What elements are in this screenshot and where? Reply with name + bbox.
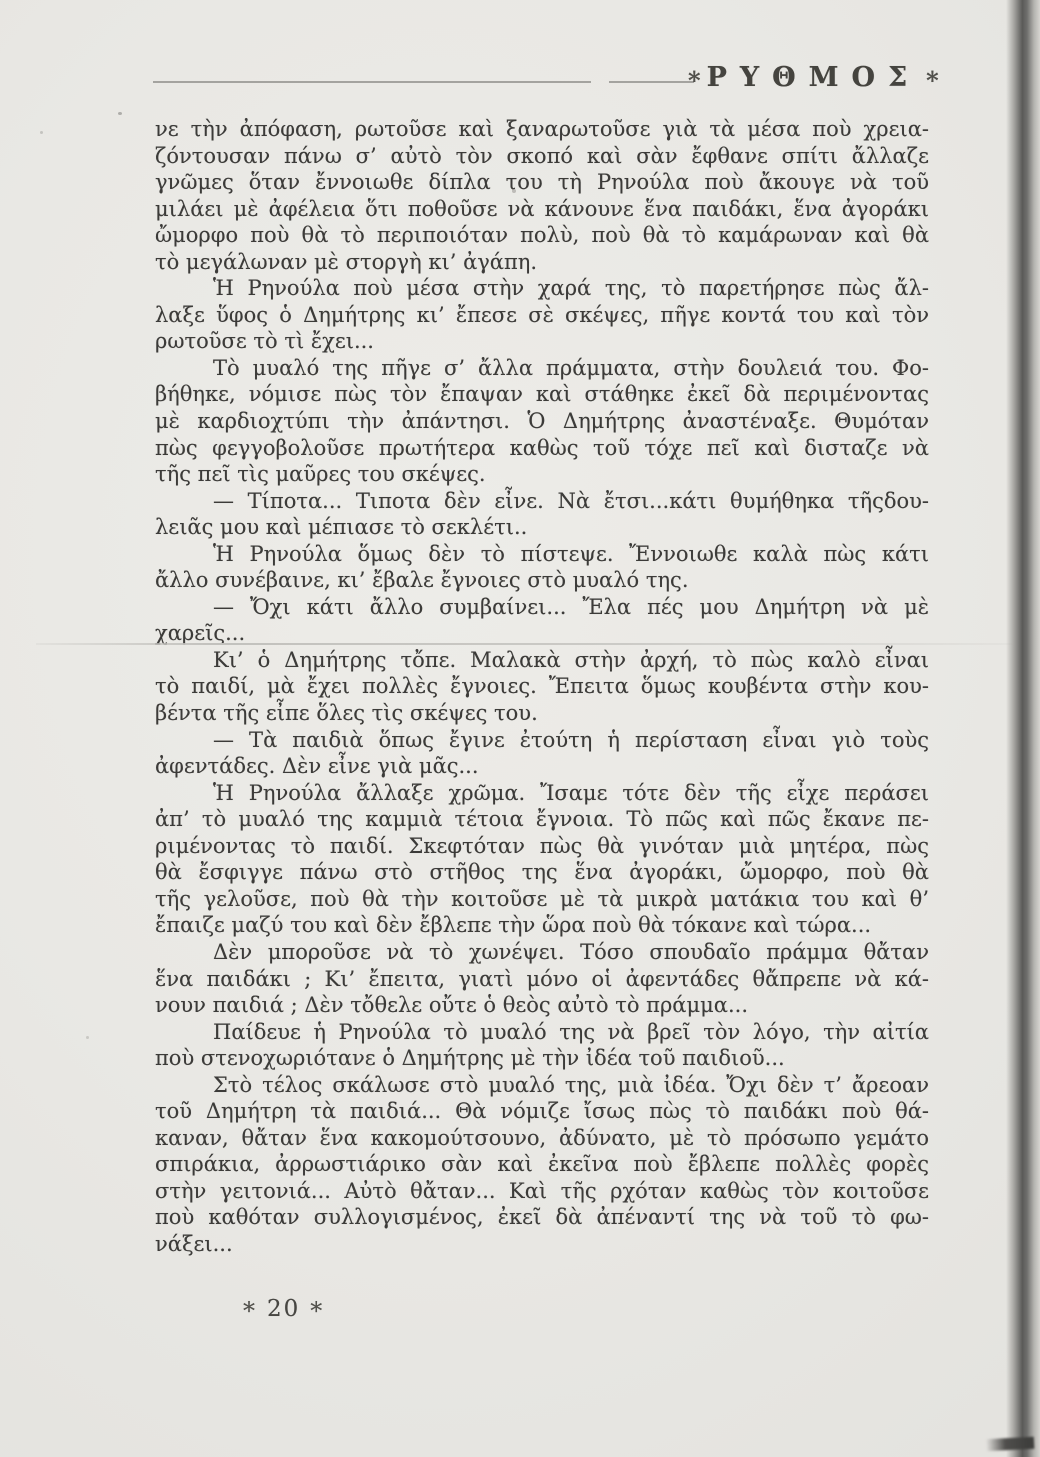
paragraph: νε τὴν ἀπόφαση, ρωτοῦσε καὶ ξαναρωτοῦσε … [155, 116, 929, 275]
running-head: *ΡΥΘΜΟΣ* [688, 62, 998, 93]
text-block: νε τὴν ἀπόφαση, ρωτοῦσε καὶ ξαναρωτοῦσε … [155, 116, 929, 1258]
paragraph: Στὸ τέλος σκάλωσε στὸ μυαλό της, μιὰ ἰδέ… [155, 1072, 929, 1258]
text-line: νε τὴν ἀπόφαση, ρωτοῦσε καὶ ξαναρωτοῦσε … [155, 116, 929, 143]
text-line: Τὸ μυαλό της πῆγε σ’ ἄλλα πράμματα, στὴν… [155, 355, 929, 382]
text-line: ποὺ καθόταν συλλογισμένος, ἐκεῖ δὰ ἀπένα… [155, 1204, 929, 1231]
text-line: ριμένοντας τὸ παιδί. Σκεφτόταν πὼς θὰ γι… [155, 833, 929, 860]
footer-ornament-left: * [243, 1297, 257, 1325]
paragraph: Δὲν μποροῦσε νὰ τὸ χωνέψει. Τόσο σπουδαῖ… [155, 939, 929, 1019]
text-line: — Ὄχι κάτι ἄλλο συμβαίνει... Ἔλα πές μου… [155, 594, 929, 621]
paragraph: Ἡ Ρηνούλα ὅμως δὲν τὸ πίστεψε. Ἔννοιωθε … [155, 541, 929, 594]
text-line: Παίδευε ἡ Ρηνούλα τὸ μυαλό της νὰ βρεῖ τ… [155, 1019, 929, 1046]
header-ornament-right: * [926, 66, 939, 95]
paragraph: — Τὰ παιδιὰ ὅπως ἔγινε ἐτούτη ἡ περίστασ… [155, 727, 929, 780]
text-line: τὸ μεγάλωναν μὲ στοργὴ κι’ ἀγάπη. [155, 249, 929, 276]
text-line: νουν παιδιά ; Δὲν τὄθελε οὔτε ὁ θεὸς αὐτ… [155, 992, 929, 1019]
text-line: Στὸ τέλος σκάλωσε στὸ μυαλό της, μιὰ ἰδέ… [155, 1072, 929, 1099]
text-line: καναν, θἄταν ἕνα κακομούτσουνο, ἀδύνατο,… [155, 1125, 929, 1152]
text-line: λειᾶς μου καὶ μέπιασε τὸ σεκλέτι.. [155, 514, 929, 541]
text-line: ζόντουσαν πάνω σ’ αὐτὸ τὸν σκοπό καὶ σὰν… [155, 143, 929, 170]
text-line: λαξε ὕφος ὁ Δημήτρης κι’ ἔπεσε σὲ σκέψες… [155, 302, 929, 329]
text-line: βήθηκε, νόμισε πὼς τὸν ἔπαψαν καὶ στάθηκ… [155, 381, 929, 408]
text-line: τῆς πεῖ τὶς μαῦρες του σκέψες. [155, 461, 929, 488]
scan-speck [86, 1036, 89, 1039]
text-line: τῆς γελοῦσε, ποὺ θὰ τὴν κοιτοῦσε μὲ τὰ μ… [155, 886, 929, 913]
text-line: Ἡ Ρηνούλα ἄλλαξε χρῶμα. Ἴσαμε τότε δὲν τ… [155, 780, 929, 807]
text-line: ὤμορφο ποὺ θὰ τὸ περιποιόταν πολὺ, ποὺ θ… [155, 222, 929, 249]
paper-crease-line [36, 643, 1014, 645]
text-line: Δὲν μποροῦσε νὰ τὸ χωνέψει. Τόσο σπουδαῖ… [155, 939, 929, 966]
text-line: θὰ ἔσφιγγε πάνω στὸ στῆθος της ἕνα ἀγορά… [155, 859, 929, 886]
text-line: ρωτοῦσε τὸ τὶ ἔχει... [155, 328, 929, 355]
text-line: μιλάει μὲ ἀφέλεια ὅτι ποθοῦσε νὰ κάνουνε… [155, 196, 929, 223]
text-line: βέντα τῆς εἶπε ὅλες τὶς σκέψες του. [155, 700, 929, 727]
scanned-book-page: *ΡΥΘΜΟΣ* νε τὴν ἀπόφαση, ρωτοῦσε καὶ ξαν… [0, 0, 1040, 1457]
text-line: τοῦ Δημήτρη τὰ παιδιά... Θὰ νόμιζε ἴσως … [155, 1098, 929, 1125]
text-line: ἕνα παιδάκι ; Κι’ ἔπειτα, γιατὶ μόνο οἱ … [155, 966, 929, 993]
paragraph: Ἡ Ρηνούλα ποὺ μέσα στὴν χαρά της, τὸ παρ… [155, 275, 929, 355]
text-line: σπιράκια, ἀρρωστιάρικο σὰν καὶ ἐκεῖνα πο… [155, 1151, 929, 1178]
spine-shadow [1006, 0, 1040, 1457]
text-line: Ἡ Ρηνούλα ποὺ μέσα στὴν χαρά της, τὸ παρ… [155, 275, 929, 302]
running-title: ΡΥΘΜΟΣ [707, 62, 921, 93]
scan-speck [512, 189, 516, 193]
paragraph: — Τίποτα... Τιποτα δὲν εἶνε. Νὰ ἔτσι...κ… [155, 488, 929, 541]
footer-ornament-right: * [310, 1297, 324, 1325]
text-line: ἀπ’ τὸ μυαλό της καμμιὰ τέτοια ἔγνοια. Τ… [155, 806, 929, 833]
text-line: νάξει... [155, 1231, 929, 1258]
page-number-value: 20 [267, 1296, 300, 1322]
text-line: Κι’ ὁ Δημήτρης τὄπε. Μαλακὰ στὴν ἀρχή, τ… [155, 647, 929, 674]
header-ornament-left: * [688, 66, 701, 95]
paragraph: Ἡ Ρηνούλα ἄλλαξε χρῶμα. Ἴσαμε τότε δὲν τ… [155, 780, 929, 939]
text-line: πὼς φεγγοβολοῦσε πρωτήτερα καθὼς τοῦ τόχ… [155, 435, 929, 462]
text-line: ἄλλο συνέβαινε, κι’ ἔβαλε ἔγνοιες στὸ μυ… [155, 567, 929, 594]
text-line: γνῶμες ὅταν ἔννοιωθε δίπλα του τὴ Ρηνούλ… [155, 169, 929, 196]
paragraph: Τὸ μυαλό της πῆγε σ’ ἄλλα πράμματα, στὴν… [155, 355, 929, 488]
page-number: *20* [243, 1294, 324, 1322]
header-rule-right-segment [609, 81, 694, 83]
header-rule-left-segment [153, 81, 591, 83]
scan-speck [118, 112, 122, 115]
paragraph: Παίδευε ἡ Ρηνούλα τὸ μυαλό της νὰ βρεῖ τ… [155, 1019, 929, 1072]
text-line: Ἡ Ρηνούλα ὅμως δὲν τὸ πίστεψε. Ἔννοιωθε … [155, 541, 929, 568]
text-line: ποὺ στενοχωριότανε ὁ Δημήτρης μὲ τὴν ἰδέ… [155, 1045, 929, 1072]
text-line: ἔπαιζε μαζύ του καὶ δὲν ἔβλεπε τὴν ὥρα π… [155, 912, 929, 939]
text-line: μὲ καρδιοχτύπι τὴν ἀπάντησι. Ὁ Δημήτρης … [155, 408, 929, 435]
text-line: ἀφεντάδες. Δὲν εἶνε γιὰ μᾶς... [155, 753, 929, 780]
corner-smudge [986, 1437, 1035, 1451]
paragraph: — Ὄχι κάτι ἄλλο συμβαίνει... Ἔλα πές μου… [155, 594, 929, 647]
scan-speck [40, 131, 43, 134]
text-line: στὴν γειτονιά... Αὐτὸ θἄταν... Καὶ τῆς ρ… [155, 1178, 929, 1205]
paragraph: Κι’ ὁ Δημήτρης τὄπε. Μαλακὰ στὴν ἀρχή, τ… [155, 647, 929, 727]
text-line: τὸ παιδί, μὰ ἔχει πολλὲς ἔγνοιες. Ἔπειτα… [155, 673, 929, 700]
text-line: — Τίποτα... Τιποτα δὲν εἶνε. Νὰ ἔτσι...κ… [155, 488, 929, 515]
text-line: — Τὰ παιδιὰ ὅπως ἔγινε ἐτούτη ἡ περίστασ… [155, 727, 929, 754]
